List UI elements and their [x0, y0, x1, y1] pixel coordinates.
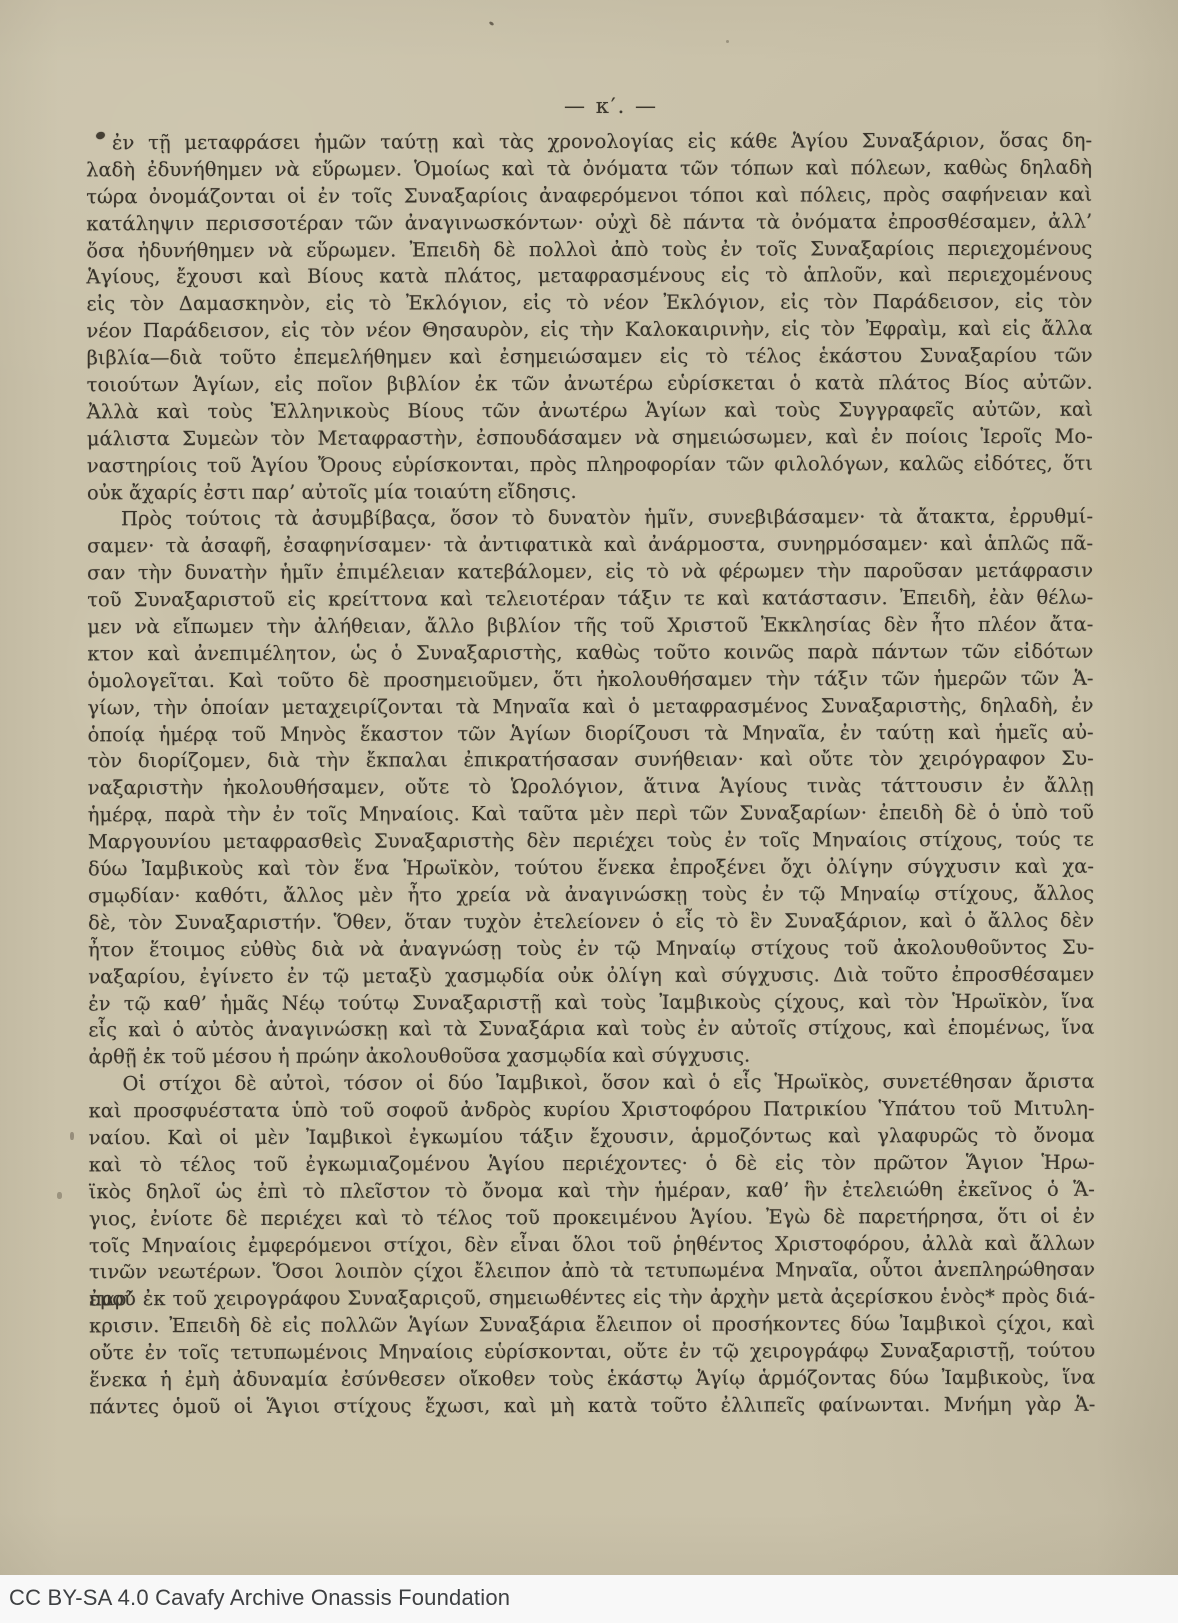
- text-line: ϊκὸς δηλοῖ ὡς ἐπὶ τὸ πλεῖστον τὸ ὄνομα κ…: [89, 1176, 1095, 1206]
- text-line: ἀρθῇ ἐκ τοῦ μέσου ἡ πρώην ἀκολουθοῦσα χα…: [88, 1042, 1094, 1072]
- text-line: ἐμοῦ ἐκ τοῦ χειρογράφου Συναξαριςοῦ, σημ…: [89, 1284, 1095, 1314]
- text-line: Πρὸς τούτοις τὰ ἀσυμβίβαςα, ὅσον τὸ δυνα…: [87, 504, 1093, 534]
- text-line: ὁμολογεῖται. Καὶ τοῦτο δὲ προσημειοῦμεν,…: [87, 665, 1093, 695]
- text-line: ἐν τῇ μεταφράσει ἡμῶν ταύτῃ καὶ τὰς χρον…: [86, 128, 1092, 158]
- text-line: γιος, ἐνίοτε δὲ περιέχει καὶ τὸ τέλος το…: [89, 1203, 1095, 1233]
- text-line: σμῳδίαν· καθότι, ἄλλος μὲν ἦτο χρεία νὰ …: [88, 881, 1094, 911]
- text-line: δὲ, τὸν Συναξαριστήν. Ὅθεν, ὅταν τυχὸν ἐ…: [88, 908, 1094, 938]
- text-line: τώρα ὀνομάζονται οἱ ἐν τοῖς Συναξαρίοις …: [86, 181, 1092, 211]
- paper-speck: [726, 40, 729, 43]
- text-line: τινῶν νεωτέρων. Ὅσοι λοιπὸν ςίχοι ἔλειπο…: [89, 1257, 1095, 1287]
- text-line: ἦτον ἕτοιμος εὐθὺς διὰ νὰ ἀναγνώσῃ τοὺς …: [88, 934, 1094, 964]
- text-line: τοιούτων Ἁγίων, εἰς ποῖον βιβλίον ἐκ τῶν…: [87, 370, 1093, 400]
- text-line: τὸν διορίζομεν, διὰ τὴν ἔκπαλαι ἐπικρατή…: [88, 746, 1094, 776]
- text-line: εἷς καὶ ὁ αὐτὸς ἀναγινώσκῃ καὶ τὰ Συναξά…: [88, 1015, 1094, 1045]
- text-line: ναίου. Καὶ οἱ μὲν Ἰαμβικοὶ ἐγκωμίου τάξι…: [89, 1123, 1095, 1153]
- text-line: Ἀλλὰ καὶ τοὺς Ἑλληνικοὺς Βίους τῶν ἀνωτέ…: [87, 397, 1093, 427]
- text-line: ἐν τῷ καθ’ ἡμᾶς Νέῳ τούτῳ Συναξαριστῇ κα…: [88, 988, 1094, 1018]
- text-line: σαμεν· τὰ ἀσαφῆ, ἐσαφηνίσαμεν· τὰ ἀντιφα…: [87, 531, 1093, 561]
- text-line: κατάληψιν περισσοτέραν τῶν ἀναγινωσκόντω…: [86, 208, 1092, 238]
- text-line: ἕνεκα ἡ ἐμὴ ἀδυναμία ἐσύνθεσεν οἴκοθεν τ…: [89, 1365, 1095, 1395]
- text-line: ναξαρίου, ἐγίνετο ἐν τῷ μεταξὺ χασμῳδία …: [88, 961, 1094, 991]
- text-line: εἰς τὸν Δαμασκηνὸν, εἰς τὸ Ἐκλόγιον, εἰς…: [86, 289, 1092, 319]
- text-line: κτον καὶ ἀνεπιμέλητον, ὡς ὁ Συναξαριστὴς…: [87, 639, 1093, 669]
- text-line: δύω Ἰαμβικοὺς καὶ τὸν ἕνα Ἡρωϊκὸν, τούτο…: [88, 854, 1094, 884]
- paragraph: Οἱ στίχοι δὲ αὐτοὶ, τόσον οἱ δύο Ἰαμβικο…: [88, 1069, 1095, 1421]
- text-line: οὔτε ἐν τοῖς τετυπωμένοις Μηναίοις εὑρίσ…: [89, 1338, 1095, 1368]
- text-line: πάντες ὁμοῦ οἱ Ἅγιοι στίχους ἔχωσι, καὶ …: [89, 1392, 1095, 1422]
- text-line: κρισιν. Ἐπειδὴ δὲ εἰς πολλῶν Ἁγίων Συναξ…: [89, 1311, 1095, 1341]
- page-number: — κ′. —: [108, 94, 1114, 118]
- text-line: καὶ τὸ τέλος τοῦ ἐγκωμιαζομένου Ἁγίου πε…: [89, 1150, 1095, 1180]
- text-line: οὐκ ἄχαρίς ἐστι παρ’ αὐτοῖς μία τοιαύτη …: [87, 477, 1093, 507]
- text-line: ὅσα ἠδυνήθημεν νὰ εὕρωμεν. Ἐπειδὴ δὲ πολ…: [86, 235, 1092, 265]
- text-line: καὶ προσφυέστατα ὑπὸ τοῦ σοφοῦ ἀνδρὸς κυ…: [89, 1096, 1095, 1126]
- page-scan: — κ′. — ἐν τῇ μεταφράσει ἡμῶν ταύτῃ καὶ …: [0, 0, 1178, 1575]
- text-line: τοῦ Συναξαριστοῦ εἰς κρείττονα καὶ τελει…: [87, 585, 1093, 615]
- text-line: μεν νὰ εἴπωμεν τὴν ἀλήθειαν, ἄλλο βιβλίο…: [87, 612, 1093, 642]
- paper-speck: [70, 1132, 74, 1140]
- text-line: μάλιστα Συμεὼν τὸν Μεταφραστὴν, ἐσπουδάσ…: [87, 423, 1093, 453]
- text-line: βιβλία—διὰ τοῦτο ἐπεμελήθημεν καὶ ἐσημει…: [87, 343, 1093, 373]
- paragraph: Πρὸς τούτοις τὰ ἀσυμβίβαςα, ὅσον τὸ δυνα…: [87, 504, 1094, 1071]
- text-line: ὁποίᾳ ἡμέρᾳ τοῦ Μηνὸς ἕκαστον τῶν Ἁγίων …: [88, 719, 1094, 749]
- text-line: ναξαριστὴν ἠκολουθήσαμεν, οὔτε τὸ Ὡρολόγ…: [88, 773, 1094, 803]
- license-text: CC BY-SA 4.0 Cavafy Archive Onassis Foun…: [9, 1575, 510, 1623]
- paper-speck: [489, 21, 495, 26]
- paragraph: ἐν τῇ μεταφράσει ἡμῶν ταύτῃ καὶ τὰς χρον…: [86, 128, 1093, 507]
- text-line: Ἁγίους, ἔχουσι καὶ Βίους κατὰ πλάτος, με…: [86, 262, 1092, 292]
- text-line: γίων, τὴν ὁποίαν μεταχειρίζονται τὰ Μηνα…: [87, 692, 1093, 722]
- scanned-book-page-screenshot: — κ′. — ἐν τῇ μεταφράσει ἡμῶν ταύτῃ καὶ …: [0, 0, 1178, 1623]
- text-line: τοῖς Μηναίοις ἐμφερόμενοι στίχοι, δὲν εἶ…: [89, 1230, 1095, 1260]
- text-column: ἐν τῇ μεταφράσει ἡμῶν ταύτῃ καὶ τὰς χρον…: [86, 128, 1095, 1421]
- paper-speck: [57, 1192, 62, 1199]
- text-line: ναστηρίοις τοῦ Ἁγίου Ὄρους εὑρίσκονται, …: [87, 450, 1093, 480]
- text-line: Μαργουνίου μεταφρασθεὶς Συναξαριστὴς δὲν…: [88, 827, 1094, 857]
- text-line: σαν τὴν δυνατὴν ἡμῖν ἐπιμέλειαν κατεβάλο…: [87, 558, 1093, 588]
- text-line: νέον Παράδεισον, εἰς τὸν νέον Θησαυρὸν, …: [86, 316, 1092, 346]
- text-line: ἡμέρᾳ, παρὰ τὴν ἐν τοῖς Μηναίοις. Καὶ τα…: [88, 800, 1094, 830]
- text-line: Οἱ στίχοι δὲ αὐτοὶ, τόσον οἱ δύο Ἰαμβικο…: [88, 1069, 1094, 1099]
- text-line: λαδὴ ἐδυνήθημεν νὰ εὕρωμεν. Ὁμοίως καὶ τ…: [86, 155, 1092, 185]
- license-footer: CC BY-SA 4.0 Cavafy Archive Onassis Foun…: [0, 1575, 1178, 1623]
